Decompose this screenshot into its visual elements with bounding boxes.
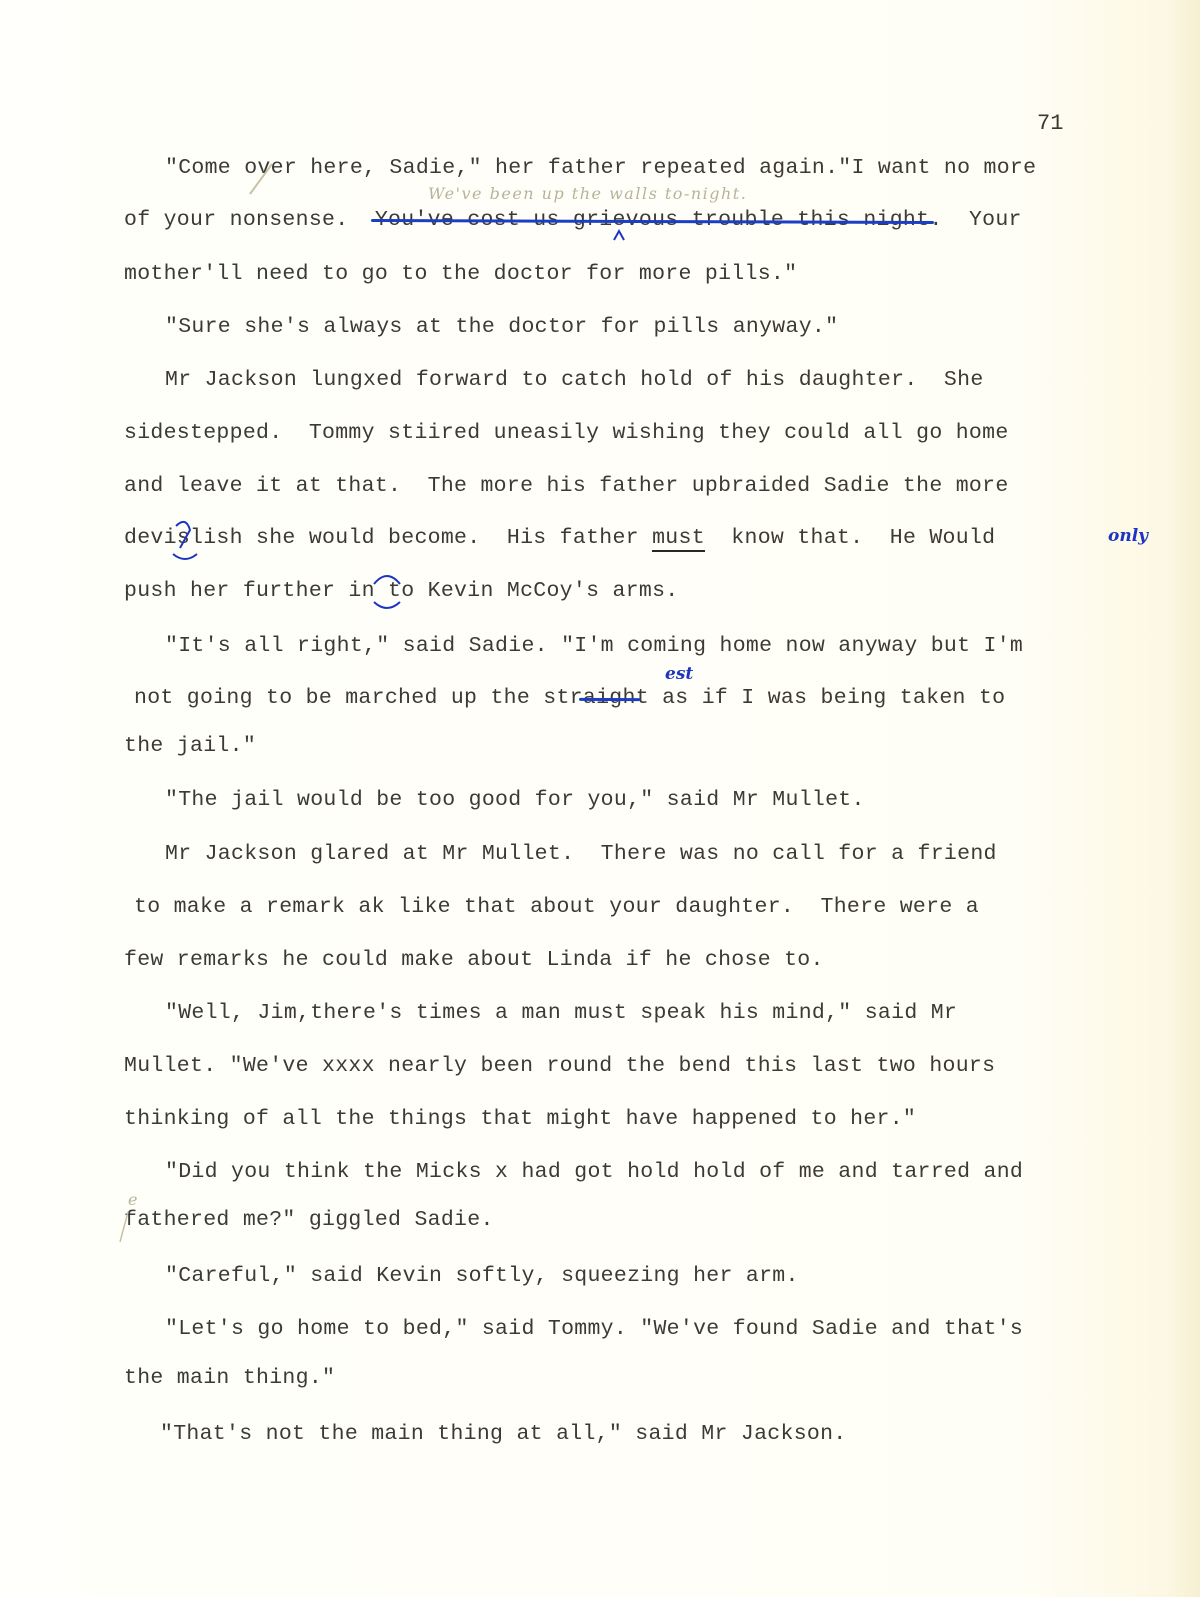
text-line-14: Mr Jackson glared at Mr Mullet. There wa…: [165, 842, 997, 866]
text-line-13: "The jail would be too good for you," sa…: [165, 788, 865, 812]
text-line-11: not going to be marched up the straight …: [134, 686, 1005, 710]
blue-insert-est: est: [665, 664, 693, 684]
text-line-15: to make a remark ak like that about your…: [134, 895, 979, 919]
text-line-20: "Did you think the Micks x had got hold …: [165, 1160, 1023, 1184]
blue-insert-only: only: [1108, 526, 1148, 546]
text-line-6: sidestepped. Tommy stiired uneasily wish…: [124, 421, 1009, 445]
text-line-2: of your nonsense. You've cost us grievou…: [124, 208, 1022, 232]
page-number: 71: [1037, 111, 1063, 136]
struck-text: You've cost us grievous trouble this nig…: [375, 208, 930, 232]
struck-text: aigh: [583, 686, 636, 710]
text-line-12: the jail.": [124, 734, 256, 758]
text-line-8: devislish she would become. His father m…: [124, 526, 995, 550]
underlined-word: must: [652, 526, 705, 552]
text-line-17: "Well, Jim,there's times a man must spea…: [165, 1001, 957, 1025]
text-line-24: the main thing.": [124, 1366, 335, 1390]
text-line-7: and leave it at that. The more his fathe…: [124, 474, 1009, 498]
text-line-4: "Sure she's always at the doctor for pil…: [165, 315, 838, 339]
text-line-25: "That's not the main thing at all," said…: [160, 1422, 847, 1446]
text-line-10: "It's all right," said Sadie. "I'm comin…: [165, 634, 1023, 658]
manuscript-page: 71 "Come over here, Sadie," her father r…: [0, 0, 1200, 1597]
text-line-19: thinking of all the things that might ha…: [124, 1107, 916, 1131]
text-line-5: Mr Jackson lungxed forward to catch hold…: [165, 368, 984, 392]
text-line-18: Mullet. "We've xxxx nearly been round th…: [124, 1054, 995, 1078]
text-line-23: "Let's go home to bed," said Tommy. "We'…: [165, 1317, 1023, 1341]
pencil-insert-e: e: [128, 1190, 139, 1209]
text-line-9: push her further in to Kevin McCoy's arm…: [124, 579, 679, 603]
text-line-16: few remarks he could make about Linda if…: [124, 948, 824, 972]
text-line-21: fathered me?" giggled Sadie.: [124, 1208, 494, 1232]
text-line-3: mother'll need to go to the doctor for m…: [124, 262, 797, 286]
text-line-22: "Careful," said Kevin softly, squeezing …: [165, 1264, 799, 1288]
pencil-insert-annotation: We've been up the walls to-night.: [428, 184, 747, 203]
text-line-1: "Come over here, Sadie," her father repe…: [165, 156, 1036, 180]
